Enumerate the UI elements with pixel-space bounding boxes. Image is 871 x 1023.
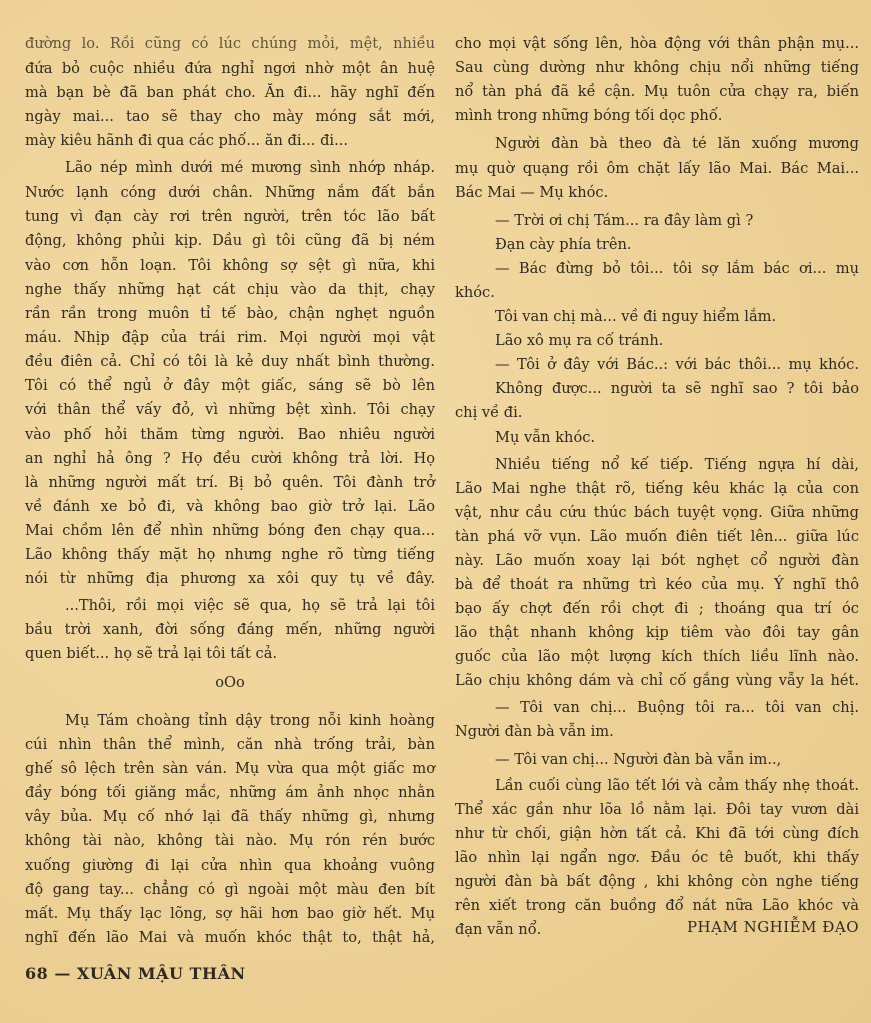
text-line: không tài nào, không tài nào. Mụ rón rén…: [25, 831, 435, 851]
text-line: về đánh xe bỏ đi, và không bao giờ trở l…: [25, 497, 435, 517]
text-line: Bác Mai — Mụ khóc.: [455, 183, 859, 203]
text-line: nổ tàn phá đã kề cận. Mụ tuôn cửa chạy r…: [455, 82, 859, 102]
text-line: Nước lạnh cóng dưới chân. Những nắm đất …: [25, 183, 435, 203]
text-line: Mụ vẫn khóc.: [455, 428, 859, 448]
text-line: an nghỉ hả ông ? Họ đều cười không trả l…: [25, 449, 435, 469]
text-line: Người đàn bà vẫn im.: [455, 722, 859, 742]
text-line: nghe thấy những hạt cát chịu vào da thịt…: [25, 280, 435, 300]
text-line: — Tôi van chị... Người đàn bà vẫn im..,: [455, 750, 859, 770]
text-line: quen biết... họ sẽ trả lại tôi tất cả.: [25, 644, 435, 664]
text-line: guốc của lão một lượng kích thích liều l…: [455, 647, 859, 667]
text-line: vào phố hỏi thăm từng người. Bao nhiêu n…: [25, 425, 435, 445]
section-separator: oOo: [25, 673, 435, 693]
text-line: mày kiêu hãnh đi qua các phố... ăn đi...…: [25, 131, 435, 151]
text-line: chị về đi.: [455, 403, 859, 423]
text-line: Lão nép mình dưới mé mương sình nhớp nhá…: [25, 158, 435, 178]
text-line: Lão Mai nghe thật rõ, tiếng kêu khác lạ …: [455, 479, 859, 499]
text-line: Sau cùng dường như không chịu nổi những …: [455, 58, 859, 78]
text-line: ghế sô lệch trên sàn ván. Mụ vừa qua một…: [25, 759, 435, 779]
text-line: vật, như cầu cứu thúc bách tuyệt vọng. G…: [455, 503, 859, 523]
text-line: Thể xác gần như lõa lồ nằm lại. Đôi tay …: [455, 800, 859, 820]
text-line: này. Lão muốn xoay lại bót nghẹt cổ ngườ…: [455, 551, 859, 571]
text-line: khóc.: [455, 283, 859, 303]
text-line: mà bạn bè đã ban phát cho. Ăn đi... hãy …: [25, 83, 435, 103]
text-line: — Trời ơi chị Tám... ra đây làm gì ?: [455, 211, 859, 231]
text-line: Tôi van chị mà... về đi nguy hiểm lắm.: [455, 307, 859, 327]
text-line: vào cơn hỗn loạn. Tôi không sợ sệt gì nữ…: [25, 256, 435, 276]
text-line: ...Thôi, rồi mọi việc sẽ qua, họ sẽ trả …: [25, 596, 435, 616]
text-line: bạo ấy chợt đến rồi chợt đi ; thoáng qua…: [455, 599, 859, 619]
text-line: tung vì đạn cày rơi trên người, trên tóc…: [25, 207, 435, 227]
text-line: cho mọi vật sống lên, hòa động với thân …: [455, 34, 859, 54]
text-line: mất. Mụ thấy lạc lõng, sợ hãi hơn bao gi…: [25, 904, 435, 924]
text-line: người đàn bà bất động , khi không còn ng…: [455, 872, 859, 892]
text-line: Lần cuối cùng lão tết lới và cảm thấy nh…: [455, 776, 859, 796]
text-line: như từ chối, giận hờn tất cả. Khi đã tới…: [455, 824, 859, 844]
text-line: với thân thể vấy đỏ, vì những bệt xình. …: [25, 400, 435, 420]
text-line: nói từ những địa phương xa xôi quy tụ về…: [25, 569, 435, 589]
text-line: Lão không thấy mặt họ nhưng nghe rõ từng…: [25, 545, 435, 565]
text-line: vây bủa. Mụ cố nhớ lại đã thấy những gì,…: [25, 807, 435, 827]
text-line: tàn phá vỡ vụn. Lão muốn điên tiết lên..…: [455, 527, 859, 547]
text-line: độ gang tay... chẳng có gì ngoài một màu…: [25, 880, 435, 900]
text-line: Lão chịu không dám và chỉ cố gắng vùng v…: [455, 671, 859, 691]
text-line: đều điên cả. Chỉ có tôi là kẻ duy nhất b…: [25, 352, 435, 372]
text-line: bầu trời xanh, đời sống đáng mến, những …: [25, 620, 435, 640]
text-line: đầy bóng tối giăng mắc, những ám ảnh nhọ…: [25, 783, 435, 803]
text-line: mình trong những bóng tối dọc phố.: [455, 106, 859, 126]
text-line: rên xiết trong căn buồng đổ nát nữa Lão …: [455, 896, 859, 916]
text-line: Mai chồm lên để nhìn những bóng đen chạy…: [25, 521, 435, 541]
author-signature: PHẠM NGHIỄM ĐẠO: [660, 918, 859, 936]
text-line: Tôi có thể ngủ ở đây một giấc, sáng sẽ b…: [25, 376, 435, 396]
text-line: ngày mai... tao sẽ thay cho mày móng sắt…: [25, 107, 435, 127]
text-line: rần rần trong muôn tỉ tế bào, chận nghẹt…: [25, 304, 435, 324]
text-line: — Bác đừng bỏ tôi... tôi sợ lắm bác ơi..…: [455, 259, 859, 279]
text-line: bà để thoát ra những trì kéo của mụ. Ý n…: [455, 575, 859, 595]
text-line: Đạn cày phía trên.: [455, 235, 859, 255]
text-line: máu. Nhịp đập của trái rim. Mọi người mọ…: [25, 328, 435, 348]
text-line: Không được... người ta sẽ nghĩ sao ? tôi…: [455, 379, 859, 399]
text-line: lão thật nhanh không kịp tiêm vào đôi ta…: [455, 623, 859, 643]
text-line: — Tôi ở đây với Bác..: với bác thôi... m…: [455, 355, 859, 375]
text-line: động, không phủi kịp. Dầu gì tôi cũng đã…: [25, 231, 435, 251]
text-line: Mụ Tám choàng tỉnh dậy trong nỗi kinh ho…: [25, 711, 435, 731]
page-footer: 68 — XUÂN MẬU THÂN: [25, 964, 246, 983]
text-line: đứa bỏ cuộc nhiều đứa nghỉ ngơi nhờ một …: [25, 59, 435, 79]
text-line: xuống giường đi lại cửa nhìn qua khoảng …: [25, 856, 435, 876]
text-line: Nhiều tiếng nổ kế tiếp. Tiếng ngựa hí dà…: [455, 455, 859, 475]
text-line: Lão xô mụ ra cố tránh.: [455, 331, 859, 351]
text-line: cúi nhìn thân thể mình, căn nhà trống tr…: [25, 735, 435, 755]
text-line: là những người mất trí. Bị bỏ quên. Tôi …: [25, 473, 435, 493]
text-line: — Tôi van chị... Buộng tôi ra... tôi van…: [455, 698, 859, 718]
text-line: mụ quờ quạng rồi ôm chặt lấy lão Mai. Bá…: [455, 159, 859, 179]
text-line: nghĩ đến lão Mai và muốn khóc thật to, t…: [25, 928, 435, 948]
text-line: lão nhìn lại ngẩn ngơ. Đầu óc tê buốt, k…: [455, 848, 859, 868]
text-line: Người đàn bà theo đà té lăn xuống mương: [455, 134, 859, 154]
text-line: đường lo. Rồi cũng có lúc chúng mỏi, mệt…: [25, 34, 435, 54]
